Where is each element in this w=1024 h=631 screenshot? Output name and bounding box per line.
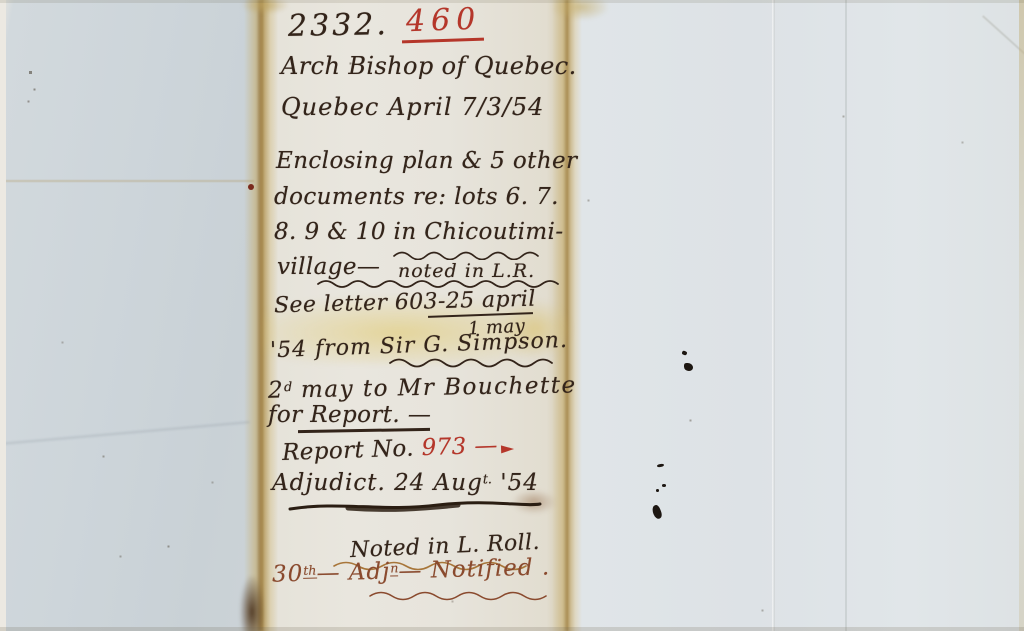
scan-edge-bottom bbox=[0, 627, 1024, 631]
noted-lr-overline bbox=[392, 250, 552, 260]
ink-blot bbox=[656, 489, 659, 492]
sent-day: 2 bbox=[268, 377, 285, 403]
notified-adj: — Adj bbox=[316, 559, 390, 587]
notified-word: — Notified . bbox=[398, 554, 550, 584]
fold-tip-right bbox=[552, 0, 608, 20]
fold-crease-left-core bbox=[258, 0, 263, 631]
faint-crease-1 bbox=[772, 0, 775, 631]
red-arrow-icon bbox=[501, 445, 514, 453]
adjudicated-pre: Adjudict. 24 Aug bbox=[272, 470, 483, 496]
red-ink-dot bbox=[248, 184, 254, 190]
notified-squiggle bbox=[368, 591, 552, 601]
paper-right-panel bbox=[568, 0, 1024, 631]
horizontal-crease-upper bbox=[0, 180, 254, 182]
paper-speckles bbox=[0, 0, 1, 1]
fold-crease-dark-stain bbox=[240, 576, 264, 631]
sent-rest: may to Mr Bouchette bbox=[292, 372, 577, 403]
adjudicated-line: Adjudict. 24 Augt. '54 bbox=[272, 470, 539, 496]
simpson-squiggle bbox=[388, 358, 560, 368]
report-number: 973 — bbox=[421, 433, 498, 462]
scan-edge-top bbox=[0, 0, 1024, 3]
scan-edge-right bbox=[1019, 0, 1024, 631]
notified-day: 30 bbox=[272, 561, 304, 588]
subject-line-1: Enclosing plan & 5 other bbox=[276, 148, 577, 174]
for-report-line: for Report. — bbox=[268, 402, 431, 428]
ink-blot bbox=[684, 363, 693, 371]
adjudicated-year: '54 bbox=[492, 470, 539, 496]
addressee-line: Arch Bishop of Quebec. bbox=[281, 52, 577, 80]
faint-crease-2 bbox=[845, 0, 847, 631]
subject-line-2: documents re: lots 6. 7. bbox=[274, 184, 559, 210]
subject-line-4: village— bbox=[277, 254, 380, 280]
document-scan: 2332. 460 Arch Bishop of Quebec. Quebec … bbox=[0, 0, 1024, 631]
paper-left-panel bbox=[0, 0, 260, 631]
subject-line-3: 8. 9 & 10 in Chicoutimi- bbox=[274, 219, 564, 245]
report-label: Report No. bbox=[282, 435, 422, 466]
adjudicated-flourish bbox=[286, 498, 544, 514]
registry-number: 2332. bbox=[288, 7, 389, 44]
place-date-line: Quebec April 7/3/54 bbox=[281, 93, 544, 121]
notified-day-ordinal: th bbox=[303, 562, 317, 578]
file-number: 460 bbox=[405, 2, 481, 40]
ink-blot bbox=[662, 484, 666, 487]
sent-to-bouchette-line: 2d may to Mr Bouchette bbox=[268, 372, 577, 403]
adjudicated-ordinal: t. bbox=[483, 472, 492, 487]
scan-edge-left bbox=[0, 0, 6, 631]
